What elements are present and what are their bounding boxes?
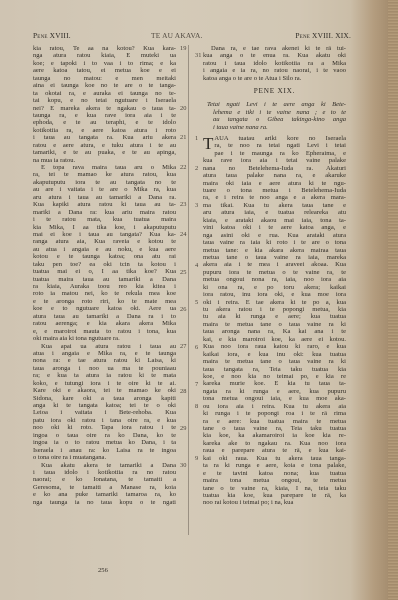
text-line: Kua akatu akera te tamariki a Dana bbox=[33, 462, 176, 469]
text-line: ratou aerenga; e kia akara akera Mika bbox=[33, 320, 176, 327]
text-line: Sidona, kare oki a taua aronga kapiti bbox=[33, 395, 176, 402]
text-line: ki ona ra, e po toru akera; kaikai bbox=[203, 284, 346, 291]
text-line: aru atura iaia, e tuatua releareka atu bbox=[203, 209, 346, 216]
verse-number: 20 bbox=[180, 105, 186, 112]
text-line: mai ei koe i taua au tangata? Kua ka- bbox=[33, 231, 176, 238]
column-divider bbox=[188, 45, 189, 535]
verse-number: 4 bbox=[195, 262, 198, 269]
text-line: tu aia ki runga e aere; kua tuatua bbox=[203, 313, 346, 320]
text-line: patu iora oki ratou i tana oire ra, e ku… bbox=[33, 417, 176, 424]
verse-number: 19 bbox=[180, 45, 186, 52]
text-line: tu akera ratou i te popongi metua, kia bbox=[203, 306, 346, 313]
text-line: aru atura i taua au tamariki a Dana ra. bbox=[33, 194, 176, 201]
text-line: nga asini oki e rua. Kua arataki atura bbox=[203, 232, 346, 239]
verse-number: 29 bbox=[180, 425, 186, 432]
text-line: taku pen toe? ea oki tcin ta kotou i bbox=[33, 261, 176, 268]
text-line: i taua vaine nana ra. bbox=[203, 124, 346, 131]
text-line: taua aronga i noo ua ma te pouniaau bbox=[33, 365, 176, 372]
verse-number: 23 bbox=[180, 201, 186, 208]
page-number: 256 bbox=[98, 567, 108, 574]
text-line: i taua idolo i kotikotiia ra no ratou bbox=[33, 469, 176, 476]
text-line: akaputuputu iora te au tangata no te bbox=[33, 179, 176, 186]
text-line: ra e aere: kua tuatua maira te metua bbox=[203, 418, 346, 425]
text-line: kia koe, ka akamaroiroi ia koe kia re- bbox=[203, 432, 346, 439]
text-line: au atua i angaia e au noku, e kua aere bbox=[33, 246, 176, 253]
text-line: metua tane o taua vaine ra iaia, mareka bbox=[203, 254, 346, 261]
text-line: taunga ra, e kua rave iora aia i te bbox=[33, 112, 176, 119]
text-line: tuatua maira taua au tamariki a Dana bbox=[33, 276, 176, 283]
chapter-19-text: TAUA tuatau ariki kore no Iseraelara, te… bbox=[203, 135, 346, 507]
text-line: roto ia matou nei, ko te rekula mea koe bbox=[33, 290, 176, 297]
text-line: ta okotai ra, e auraka ei taunga no te- bbox=[33, 90, 176, 97]
text-line: raua e parepare atura te rā, e kua kai- bbox=[203, 447, 346, 454]
text-line: Leioa i vaitata i Bete-rehoba. Kua bbox=[33, 409, 176, 416]
text-line: ra, e i reira te noo anga e a akera mara… bbox=[203, 194, 346, 201]
text-line: anga ki te tangata katoa; tei te o oki bbox=[33, 402, 176, 409]
text-line: kua rave iora aia i tetai vaine palake bbox=[203, 157, 346, 164]
verse-number: 25 bbox=[180, 269, 186, 276]
text-line: aere katoa tatou, ei metua koe e ei bbox=[33, 67, 176, 74]
text-line: taua vaine ra iaia ki roto i te are o to… bbox=[203, 239, 346, 246]
text-line: koe e to ngutuare katoa oki. Aere ua bbox=[33, 305, 176, 312]
text-line: ephoda, e te au teraphi, e te idolo bbox=[33, 119, 176, 126]
text-line: akera aia i te mea i araveei akoaa. Kua bbox=[203, 261, 346, 268]
text-line: atura taua au tamariki a Dana ra i to bbox=[33, 313, 176, 320]
text-line: AUA tuatau ariki kore no Iseraela bbox=[203, 135, 346, 142]
drop-cap: T bbox=[203, 136, 213, 151]
verse-number: 8 bbox=[195, 403, 198, 410]
text-line: kotou e te taunga katoa; ona atu rai bbox=[33, 253, 176, 260]
text-line: oki i reira. E tae akera ki te po a, kua bbox=[203, 299, 346, 306]
verse-number: 2 bbox=[195, 165, 198, 172]
text-line: pae i te maunga ra ko Epheraima, e bbox=[203, 150, 346, 157]
header-left-chapter: Pene XVIII. bbox=[33, 31, 71, 40]
text-line: tona metua ongoui iaia, e kua moe aka- bbox=[203, 395, 346, 402]
text-line: iora ratou, inu iora oki, e kua moe iora bbox=[203, 291, 346, 298]
text-line: ra kiaia, Auraka toou reo kia kitea i bbox=[33, 283, 176, 290]
text-line: oki maira aia ki tona ngutuare ra. bbox=[33, 335, 176, 342]
text-line: metua ongoui nona ra, iaia, noo iora aia bbox=[203, 276, 346, 283]
chapter-title: PENE XIX. bbox=[203, 88, 346, 96]
text-line: o tona oire ra i muatangana. bbox=[33, 454, 176, 461]
verse-number: 22 bbox=[180, 164, 186, 171]
text-line: taua tangata ra, Teia taku tuatua kia bbox=[203, 366, 346, 373]
text-line: i angaia e ia ra, no ratou naorai, i te … bbox=[203, 67, 346, 74]
verse-number: 24 bbox=[180, 231, 186, 238]
text-line: aina ei taunga koe no te are o te tanga- bbox=[33, 82, 176, 89]
text-line: maira te metua tane o taua vaine ra ki bbox=[203, 321, 346, 328]
text-line: ra, tei te mamao ke atura ratou, kua bbox=[33, 171, 176, 178]
text-line: vini katoa oki i te aere katoa anga, e bbox=[203, 224, 346, 231]
text-line: ou iora aia i reira. Kua tu akera aia bbox=[203, 403, 346, 410]
text-line: ra; e kua ta atura ia ratou ki te mata bbox=[33, 372, 176, 379]
text-line: koko, e tutungi iora i te oire ki te ai. bbox=[33, 380, 176, 387]
text-line: na mua ia ratou. bbox=[33, 157, 176, 164]
text-line: metua tane: e kia akara akera mairaa tau… bbox=[203, 247, 346, 254]
text-line: e ko ana puke tamariki tamaroa ra, ko bbox=[33, 491, 176, 498]
text-line: taunga no matou: e men meitaki bbox=[33, 75, 176, 82]
text-line: Tetai ngati Levi i te aere anga ki Bete- bbox=[203, 101, 346, 108]
text-line: e te aronga roto riri, ko te mate mea bbox=[33, 298, 176, 305]
verse-number: 3 bbox=[195, 202, 198, 209]
text-line: Geresoma, te tamaiti a Manase ra, koia bbox=[33, 484, 176, 491]
text-line: kiaia, e arataki akaou mai iaia, tona ta… bbox=[203, 217, 346, 224]
text-line: tane o taua vaine ra, Teia taku tuatua bbox=[203, 425, 346, 432]
chapter-18-ending: Dana ra, e tae rava akenei ki te rā tui-… bbox=[203, 45, 346, 82]
text-line: au are i vaitata i te are o Mika ra, kua bbox=[33, 186, 176, 193]
text-line: nga taunga ia no taua kopu o te ngati bbox=[33, 499, 176, 506]
header-right-chapter: Pene XVIII. XIX. bbox=[295, 31, 351, 40]
text-line: ra, te noo ra tetai ngati Levi i tetai bbox=[203, 142, 346, 149]
text-line: ta ra ki runga e aere, koia e tona palak… bbox=[203, 462, 346, 469]
text-line: tane o te vaine ra, kiaia, I na, teia ta… bbox=[203, 485, 346, 492]
verse-number: 28 bbox=[180, 388, 186, 395]
verse-number: 6 bbox=[195, 344, 198, 351]
text-line: naorai; e ko Ionatana, te tamaiti a bbox=[33, 476, 176, 483]
text-line: ingoa ia o to ratou metua ko Dana, i ta bbox=[33, 439, 176, 446]
text-line: ki runga i te popongi roa i te rā rima bbox=[203, 410, 346, 417]
text-line: i taua au tangata ra. Kua ariu akera bbox=[33, 134, 176, 141]
text-line: kai, e kia maroiroi koe, ka aere ei koto… bbox=[203, 336, 346, 343]
verse-number: 5 bbox=[195, 299, 198, 306]
text-line: ngata ra ki runga e aere, kua pupuru bbox=[203, 388, 346, 395]
text-line: ratou i taua idolo kotikotiia ra a Mika bbox=[203, 60, 346, 67]
text-line: kua anga o te enua ra. Kua akatu oki bbox=[203, 52, 346, 59]
text-line: Kare oki e akaora, tei te mamao ke oki bbox=[33, 387, 176, 394]
verse-number: 27 bbox=[180, 343, 186, 350]
verse-number: 7 bbox=[195, 381, 198, 388]
text-line: kareka murie koe. E kia tu taua ta- bbox=[203, 380, 346, 387]
text-line: Kua kapiki atura ratou ki taua au ta- bbox=[33, 201, 176, 208]
text-line: au tangata o Gibea takinga-kino anga bbox=[203, 116, 346, 123]
text-line: kaikai iora, e kua inu oki: kua tuatua bbox=[203, 351, 346, 358]
text-line: i te ratou mata, kua tuatua maira bbox=[33, 216, 176, 223]
text-line: nga atura ratou kiaia, E muteki ua bbox=[33, 52, 176, 59]
verse-number: 1 bbox=[195, 135, 198, 142]
right-column-text: Dana ra, e tae rava akenei ki te rā tui-… bbox=[203, 45, 346, 507]
text-line: maira te metua tane o taua vaine ra ki bbox=[203, 358, 346, 365]
text-line: koe; e tapoki i to vaa i to rima; e ka bbox=[33, 60, 176, 67]
text-line: maira tona metua ongoui, te metua bbox=[203, 477, 346, 484]
text-line: nei? E mareka akera te ngakau o taua ta- bbox=[33, 105, 176, 112]
text-line: lehema e tiki i te vaine nana ; e to te bbox=[203, 109, 346, 116]
text-line: tuare o tona metua i Betelehema-Iuda bbox=[203, 187, 346, 194]
text-line: kai oki raua. Kua tu akera taua tanga- bbox=[203, 455, 346, 462]
verse-number: 26 bbox=[180, 306, 186, 313]
text-line: pupuru iora te metua o te vaine ra, te bbox=[203, 269, 346, 276]
chapter-summary: Tetai ngati Levi i te aere anga ki Bete-… bbox=[203, 101, 346, 131]
text-line: tuatua kia koe, kua parepare te rā, ka bbox=[203, 492, 346, 499]
text-line: ingoa o taua oire ra ko Dana, ko te bbox=[33, 432, 176, 439]
text-line: kareka ake to ngakau ra. Kua noo iora bbox=[203, 440, 346, 447]
verse-number: 30 bbox=[180, 462, 186, 469]
text-line: Kua noo iora raua katou ki raro, e kua bbox=[203, 343, 346, 350]
text-line: kotikotiia ra, e aere katoa atura i roto bbox=[33, 127, 176, 134]
text-line: tuatua mai ei o, I aa tika koe? Kua bbox=[33, 268, 176, 275]
text-line: e, e maroiroi mauta to ratou i tona, kua bbox=[33, 328, 176, 335]
text-line: taua aronga nana ra, Ka kai ana i te bbox=[203, 328, 346, 335]
verse-number: 31 bbox=[195, 52, 201, 59]
text-line: Kua apai ua atura ratou i taua au bbox=[33, 343, 176, 350]
book-page-edge bbox=[388, 0, 398, 600]
text-line: Dana ra, e tae rava akenei ki te rā tui- bbox=[203, 45, 346, 52]
text-line: koe, e noo kia no teimai po, e kia re bbox=[203, 373, 346, 380]
text-line: noo rai kotou i teimai po; i na, kua bbox=[203, 499, 346, 506]
text-line: atua i angaia e Mika ra, e te taunga bbox=[33, 350, 176, 357]
left-column-text: kia ratou, Te aa na kotou? Kua kara-nga … bbox=[33, 45, 176, 506]
text-line: noo oki ki roto. Tapa iora ratou i te bbox=[33, 424, 176, 431]
text-line: ma tikai. Kua tu akera taua tane e bbox=[203, 202, 346, 209]
text-line: E topa rava maira taua aru o Mika bbox=[33, 164, 176, 171]
text-line: Iseraela i anau ra: ko Laisa ra te ingoa bbox=[33, 447, 176, 454]
text-line: nona ra: e tae atura ratou ki Laisa, ki bbox=[33, 357, 176, 364]
text-line: atura taua palake nana ra, e akaruke bbox=[203, 172, 346, 179]
text-line: ratou e aere atura, e tuku atura i te au bbox=[33, 142, 176, 149]
text-line: tai kopu, e no tetai ngutuare i Iseraela bbox=[33, 97, 176, 104]
text-line: ranga atura aia, Kua raveia e kotou te bbox=[33, 238, 176, 245]
running-header: Pene XVIII. TE AU AKAVA. Pene XVIII. XIX… bbox=[33, 31, 351, 43]
text-line: kia ratou, Te aa na kotou? Kua kara- bbox=[33, 45, 176, 52]
text-line: e te tavini katoa nona; kua tuatua bbox=[203, 470, 346, 477]
verse-number: 9 bbox=[195, 455, 198, 462]
text-line: katoa anga o te are o te Atua i Silo ra. bbox=[203, 75, 346, 82]
text-line: maira oki iaia e aere atura ki te ngu- bbox=[203, 180, 346, 187]
header-book-title: TE AU AKAVA. bbox=[151, 31, 203, 40]
text-line: mariki a Dana ra: kua ariu maira ratou bbox=[33, 209, 176, 216]
verse-number: 21 bbox=[180, 134, 186, 141]
text-line: tamariki, e te au puaka, e te au apinga, bbox=[33, 149, 176, 156]
text-line: nana no Betelehema-Iuda ra. Akaturi bbox=[203, 165, 346, 172]
text-line: kia Mika, I aa tika koe, i akaputuputu bbox=[33, 224, 176, 231]
